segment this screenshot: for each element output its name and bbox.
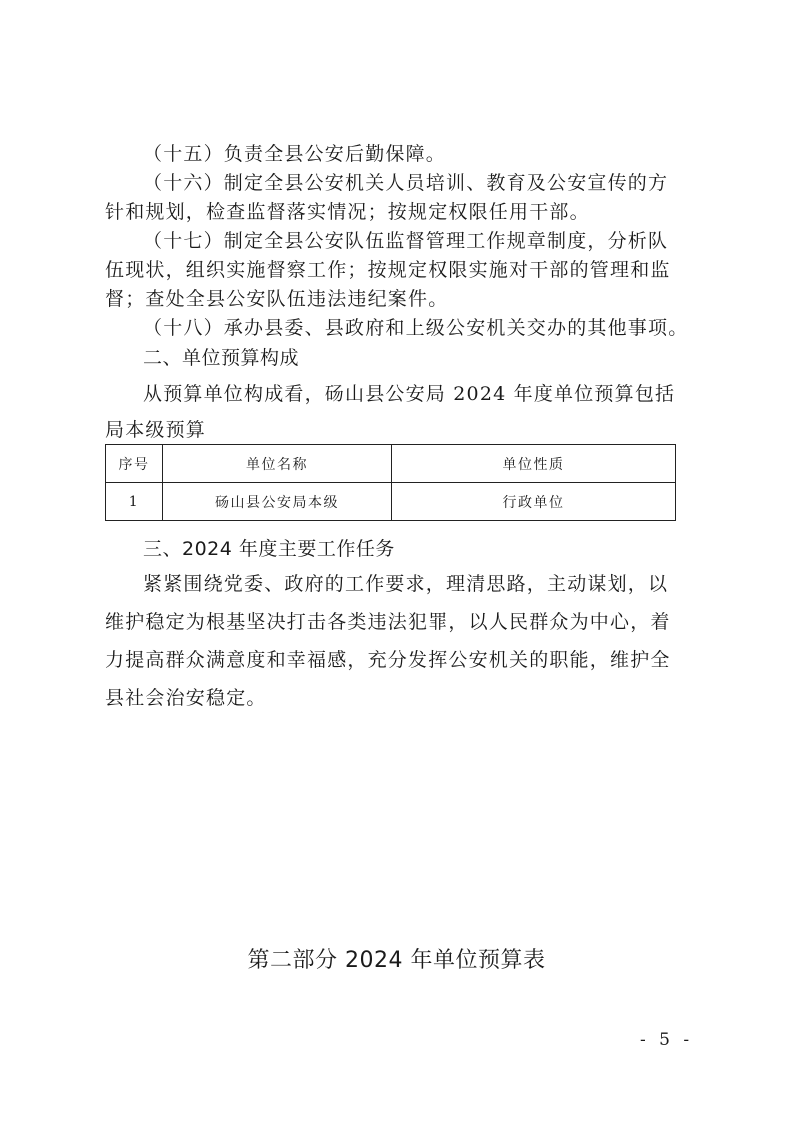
table-header-row: 序号 单位名称 单位性质 — [106, 445, 676, 483]
table-cell: 行政单位 — [392, 483, 676, 521]
table-header-cell: 单位名称 — [163, 445, 392, 483]
section-3-heading: 三、2024 年度主要工作任务 — [143, 538, 395, 560]
duty-item-17-line-2: 伍现状，组织实施督察工作；按规定权限实施对干部的管理和监 — [105, 259, 671, 281]
table-cell: 砀山县公安局本级 — [163, 483, 392, 521]
section-3-paragraph-line-3: 力提高群众满意度和幸福感，充分发挥公安机关的职能，维护全 — [105, 649, 671, 671]
budget-unit-table: 序号 单位名称 单位性质 1 砀山县公安局本级 行政单位 — [105, 444, 676, 521]
page-number: - 5 - — [640, 1030, 693, 1050]
section-3-paragraph-line-2: 维护稳定为根基坚决打击各类违法犯罪，以人民群众为中心，着 — [105, 611, 671, 633]
part-title: 第二部分 2024 年单位预算表 — [0, 943, 793, 974]
table-cell: 1 — [106, 483, 163, 521]
table-header-cell: 单位性质 — [392, 445, 676, 483]
duty-item-17-line-3: 督；查处全县公安队伍违法违纪案件。 — [105, 288, 448, 310]
table-row: 1 砀山县公安局本级 行政单位 — [106, 483, 676, 521]
section-2-paragraph-line-1: 从预算单位构成看，砀山县公安局 2024 年度单位预算包括 — [143, 383, 675, 405]
section-3-paragraph-line-4: 县社会治安稳定。 — [105, 687, 267, 709]
duty-item-16-line-1: （十六）制定全县公安机关人员培训、教育及公安宣传的方 — [143, 172, 668, 194]
section-2-heading: 二、单位预算构成 — [143, 347, 299, 369]
section-3-paragraph-line-1: 紧紧围绕党委、政府的工作要求，理清思路，主动谋划，以 — [143, 573, 668, 595]
section-2-paragraph-line-2: 局本级预算 — [105, 419, 206, 441]
duty-item-18: （十八）承办县委、县政府和上级公安机关交办的其他事项。 — [143, 317, 688, 339]
duty-item-17-line-1: （十七）制定全县公安队伍监督管理工作规章制度，分析队 — [143, 230, 668, 252]
duty-item-16-line-2: 针和规划，检查监督落实情况；按规定权限任用干部。 — [105, 201, 590, 223]
table-header-cell: 序号 — [106, 445, 163, 483]
duty-item-15: （十五）负责全县公安后勤保障。 — [143, 143, 446, 165]
